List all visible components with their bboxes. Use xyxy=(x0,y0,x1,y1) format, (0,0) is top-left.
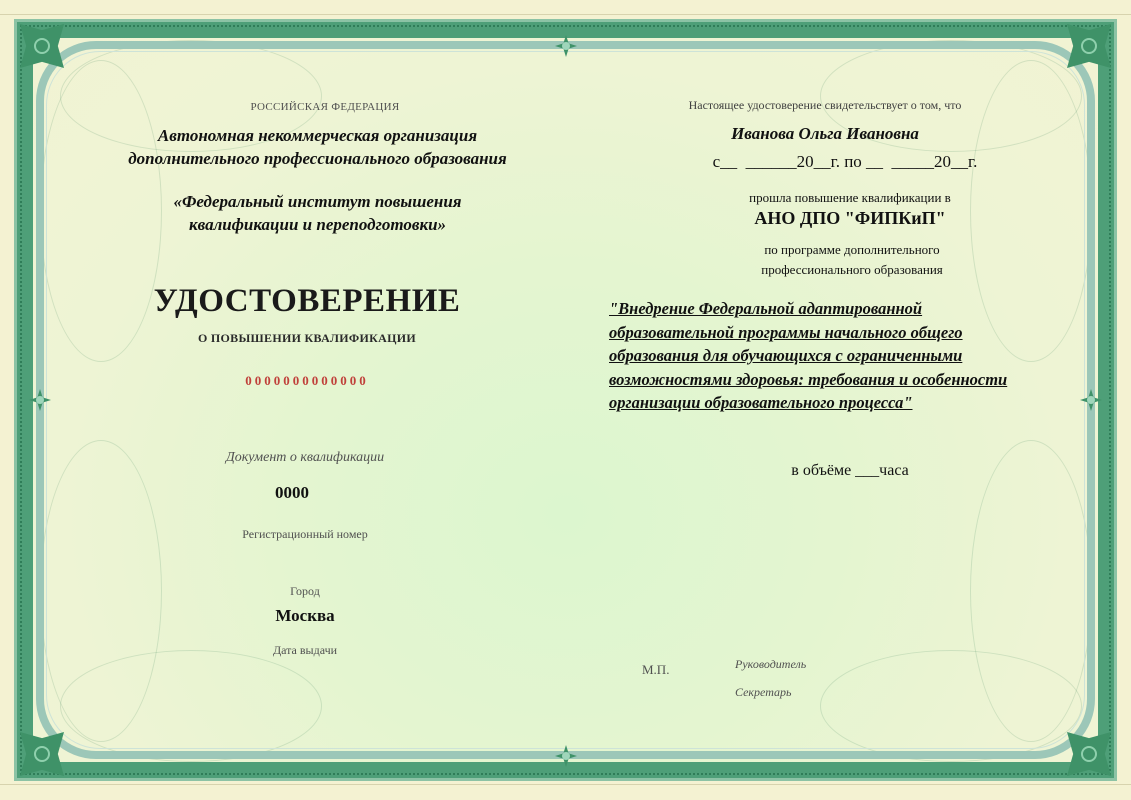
institute-name: «Федеральный институт повышения квалифик… xyxy=(65,190,570,236)
left-page: РОССИЙСКАЯ ФЕДЕРАЦИЯ xyxy=(80,101,570,113)
registration-number-value: 0000 xyxy=(47,483,537,503)
serial-number: 0000000000000 xyxy=(62,373,552,389)
qualification-document-label: Документ о квалификации xyxy=(60,450,550,466)
corner-ornament-icon xyxy=(1067,732,1111,776)
completed-text: прошла повышение квалификации в xyxy=(625,188,1075,208)
document-subtitle: О ПОВЫШЕНИИ КВАЛИФИКАЦИИ xyxy=(62,331,552,346)
director-label: Руководитель xyxy=(735,657,806,672)
program-intro: по программе дополнительного профессиона… xyxy=(627,240,1077,280)
institution-short-name: АНО ДПО "ФИПКиП" xyxy=(625,208,1075,229)
program-title: "Внедрение Федеральной адаптированной об… xyxy=(609,297,1079,415)
corner-ornament-icon xyxy=(1067,24,1111,68)
seal-label: М.П. xyxy=(642,662,669,678)
country-label: РОССИЙСКАЯ ФЕДЕРАЦИЯ xyxy=(80,101,570,113)
corner-ornament-icon xyxy=(20,732,64,776)
recipient-name: Иванова Ольга Ивановна xyxy=(600,124,1050,144)
issue-date-label: Дата выдачи xyxy=(60,643,550,658)
secretary-label: Секретарь xyxy=(735,685,791,700)
city-label: Город xyxy=(60,584,550,599)
training-period: с__ ______20__г. по __ _____20__г. xyxy=(620,152,1070,172)
city-value: Москва xyxy=(60,606,550,626)
registration-number-label: Регистрационный номер xyxy=(60,527,550,542)
corner-ornament-icon xyxy=(20,24,64,68)
course-volume: в объёме ___часа xyxy=(625,462,1075,480)
intro-text: Настоящее удостоверение свидетельствует … xyxy=(600,98,1050,113)
page-edge-bottom xyxy=(0,784,1131,785)
document-title: УДОСТОВЕРЕНИЕ xyxy=(62,283,552,320)
page-edge-top xyxy=(0,14,1131,15)
organization-name: Автономная некоммерческая организация до… xyxy=(65,124,570,170)
